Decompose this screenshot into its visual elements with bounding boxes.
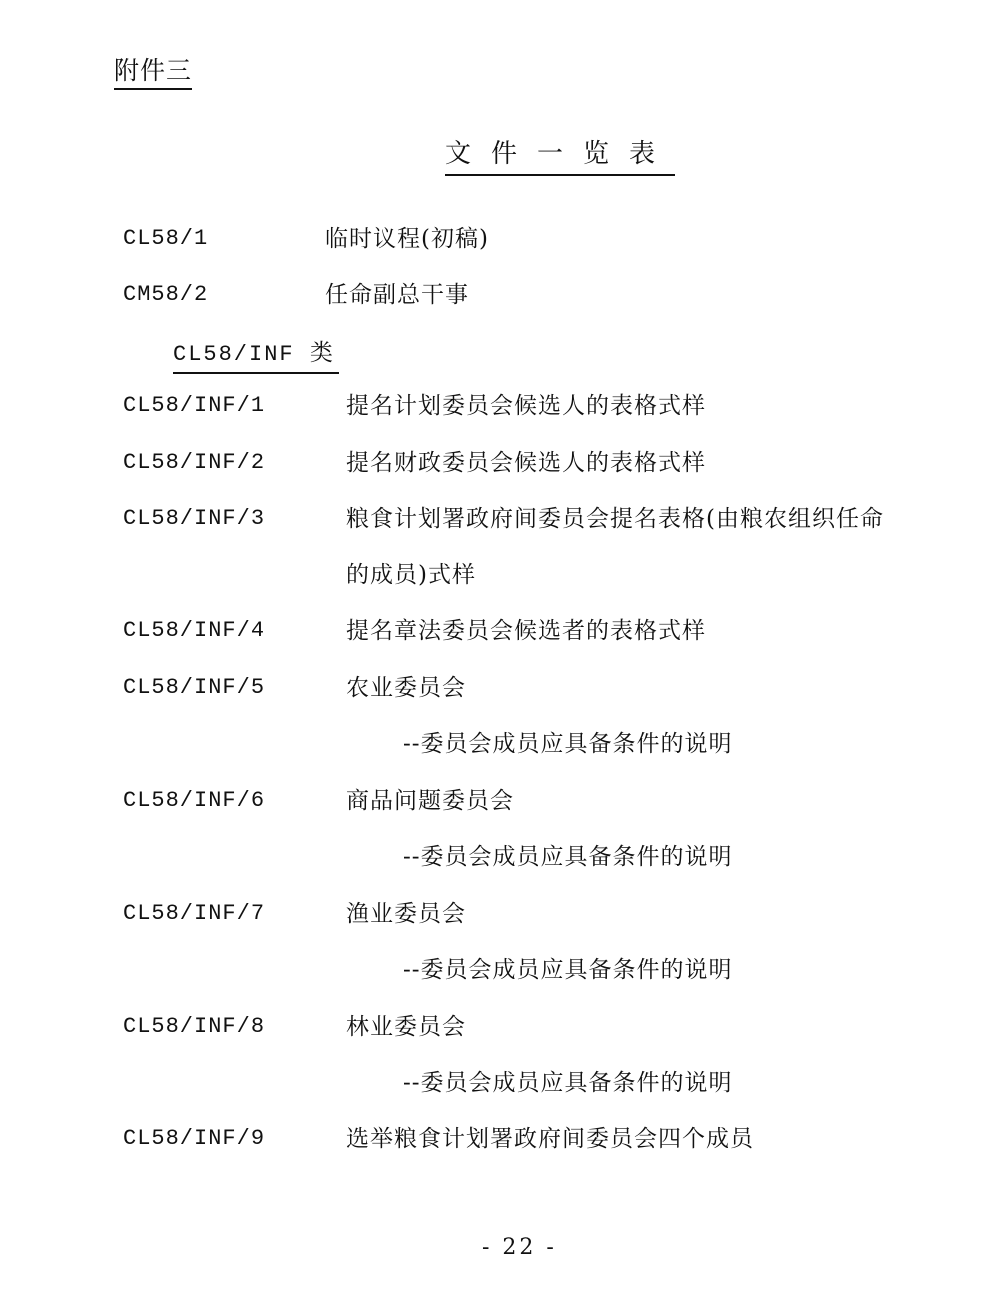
document-code: CL58/INF/9 [123, 1119, 265, 1159]
document-page: 附件三 文件一览表 CL58/1 临时议程(初稿) CM58/2 任命副总干事 … [0, 0, 1000, 1314]
document-description: 林业委员会 [346, 1007, 466, 1047]
document-code: CL58/INF/8 [123, 1007, 265, 1047]
document-description: 任命副总干事 [325, 275, 469, 315]
annex-label: 附件三 [114, 56, 192, 90]
list-item-sub: --委员会成员应具备条件的说明 [0, 1063, 1000, 1103]
list-item: CL58/INF/4 提名章法委员会候选者的表格式样 [0, 611, 1000, 651]
list-item: CL58/INF/8 林业委员会 [0, 1007, 1000, 1047]
list-item: CL58/INF/6 商品问题委员会 [0, 781, 1000, 821]
list-item: CL58/INF/5 农业委员会 [0, 668, 1000, 708]
document-code: CL58/1 [123, 219, 208, 259]
section-heading: CL58/INF 类 [173, 336, 339, 374]
document-code: CL58/INF/3 [123, 499, 265, 539]
list-item: CM58/2 任命副总干事 [0, 275, 1000, 315]
list-item-continuation: 的成员)式样 [0, 555, 1000, 595]
list-item: CL58/1 临时议程(初稿) [0, 219, 1000, 259]
list-item: CL58/INF/9 选举粮食计划署政府间委员会四个成员 [0, 1119, 1000, 1159]
document-description: 提名章法委员会候选者的表格式样 [346, 611, 706, 651]
document-code: CL58/INF/7 [123, 894, 265, 934]
list-item-sub: --委员会成员应具备条件的说明 [0, 950, 1000, 990]
document-code: CL58/INF/4 [123, 611, 265, 651]
document-description: 提名财政委员会候选人的表格式样 [346, 443, 706, 483]
list-item-sub: --委员会成员应具备条件的说明 [0, 837, 1000, 877]
list-item: CL58/INF/1 提名计划委员会候选人的表格式样 [0, 386, 1000, 426]
document-description: 选举粮食计划署政府间委员会四个成员 [346, 1119, 754, 1159]
page-number: - 22 - [482, 1232, 557, 1264]
document-code: CM58/2 [123, 275, 208, 315]
document-subtitle: --委员会成员应具备条件的说明 [403, 950, 733, 990]
document-description: 临时议程(初稿) [325, 219, 489, 259]
document-code: CL58/INF/6 [123, 781, 265, 821]
list-item: CL58/INF/7 渔业委员会 [0, 894, 1000, 934]
document-description: 商品问题委员会 [346, 781, 514, 821]
section-label: 类 [310, 340, 335, 366]
document-subtitle: --委员会成员应具备条件的说明 [403, 724, 733, 764]
document-code: CL58/INF/2 [123, 443, 265, 483]
list-item: CL58/INF/2 提名财政委员会候选人的表格式样 [0, 443, 1000, 483]
document-description-continuation: 的成员)式样 [346, 555, 476, 595]
section-code: CL58/INF [173, 342, 295, 367]
document-description: 粮食计划署政府间委员会提名表格(由粮农组织任命 [346, 499, 884, 539]
list-item-sub: --委员会成员应具备条件的说明 [0, 724, 1000, 764]
document-description: 农业委员会 [346, 668, 466, 708]
document-subtitle: --委员会成员应具备条件的说明 [403, 1063, 733, 1103]
page-title: 文件一览表 [445, 138, 675, 176]
list-item: CL58/INF/3 粮食计划署政府间委员会提名表格(由粮农组织任命 [0, 499, 1000, 539]
document-subtitle: --委员会成员应具备条件的说明 [403, 837, 733, 877]
document-description: 渔业委员会 [346, 894, 466, 934]
document-code: CL58/INF/1 [123, 386, 265, 426]
document-code: CL58/INF/5 [123, 668, 265, 708]
document-description: 提名计划委员会候选人的表格式样 [346, 386, 706, 426]
